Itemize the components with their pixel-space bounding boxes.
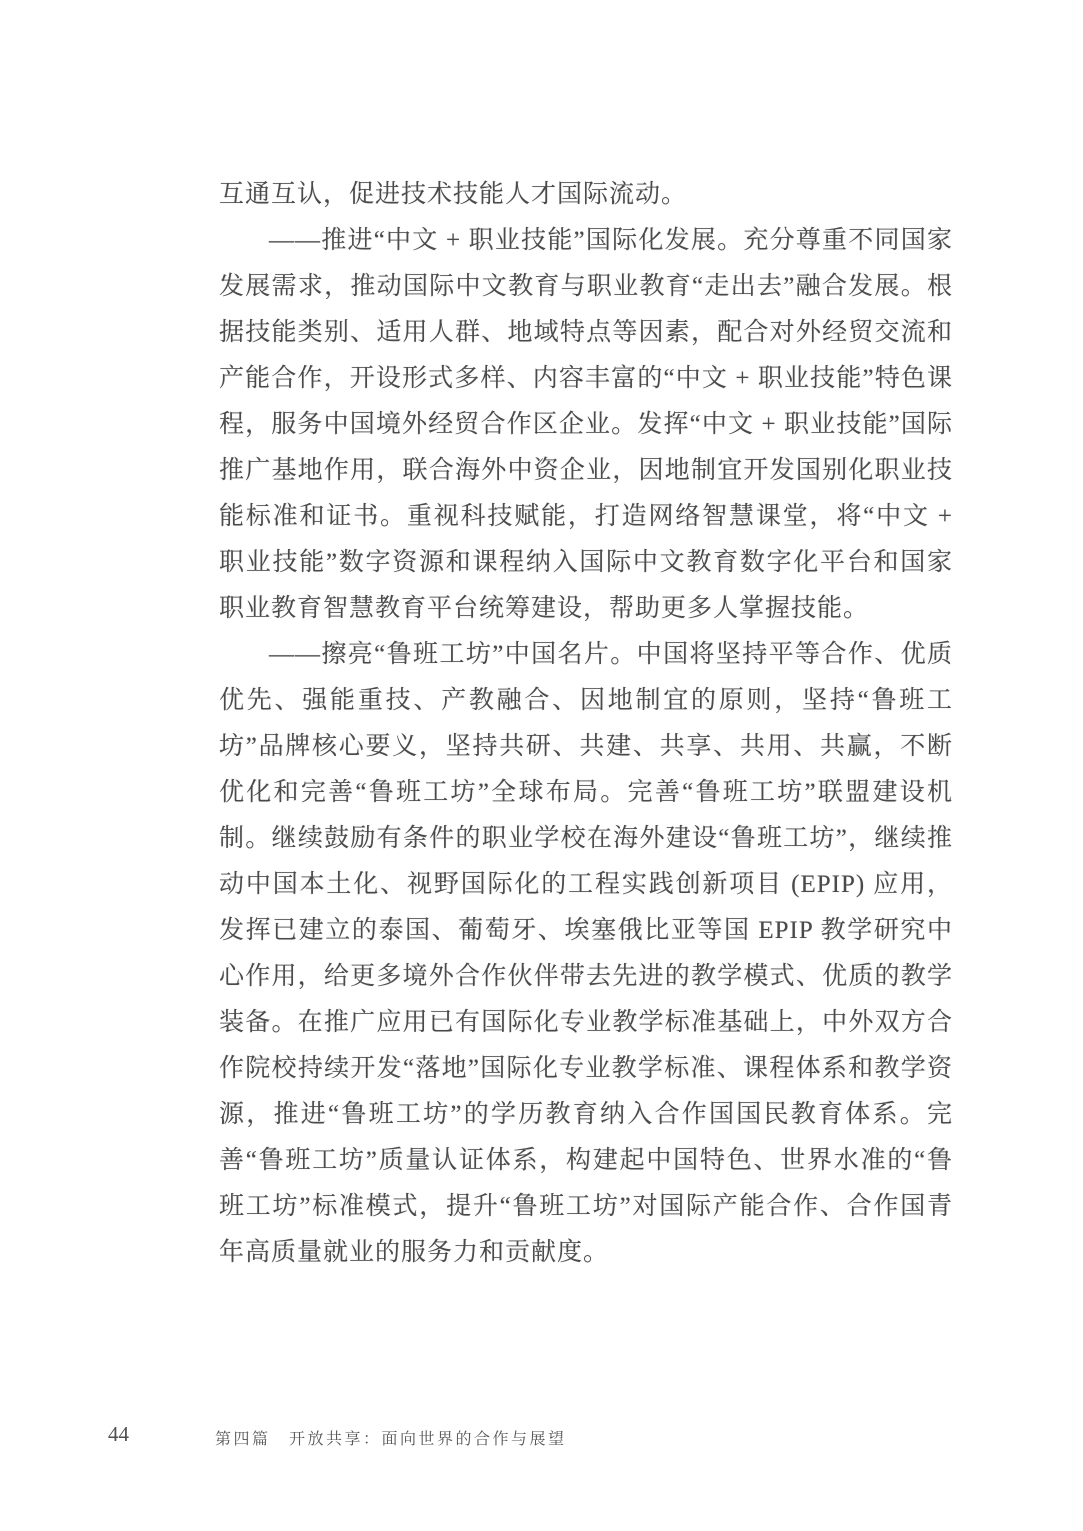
paragraph-luban-workshop: ——擦亮“鲁班工坊”中国名片。中国将坚持平等合作、优质优先、强能重技、产教融合、… [219,632,953,1276]
document-page: 互通互认，促进技术技能人才国际流动。 ——推进“中文 + 职业技能”国际化发展。… [0,0,1083,1531]
page-number: 44 [108,1422,129,1447]
page-footer: 44 第四篇 开放共享：面向世界的合作与展望 [0,1420,1083,1456]
paragraph-chinese-plus-vocational-skills: ——推进“中文 + 职业技能”国际化发展。充分尊重不同国家发展需求，推动国际中文… [219,218,953,632]
running-footer-section-title: 第四篇 开放共享：面向世界的合作与展望 [215,1426,567,1449]
paragraph-continuation: 互通互认，促进技术技能人才国际流动。 [219,172,953,218]
page-body: 互通互认，促进技术技能人才国际流动。 ——推进“中文 + 职业技能”国际化发展。… [219,172,953,1276]
